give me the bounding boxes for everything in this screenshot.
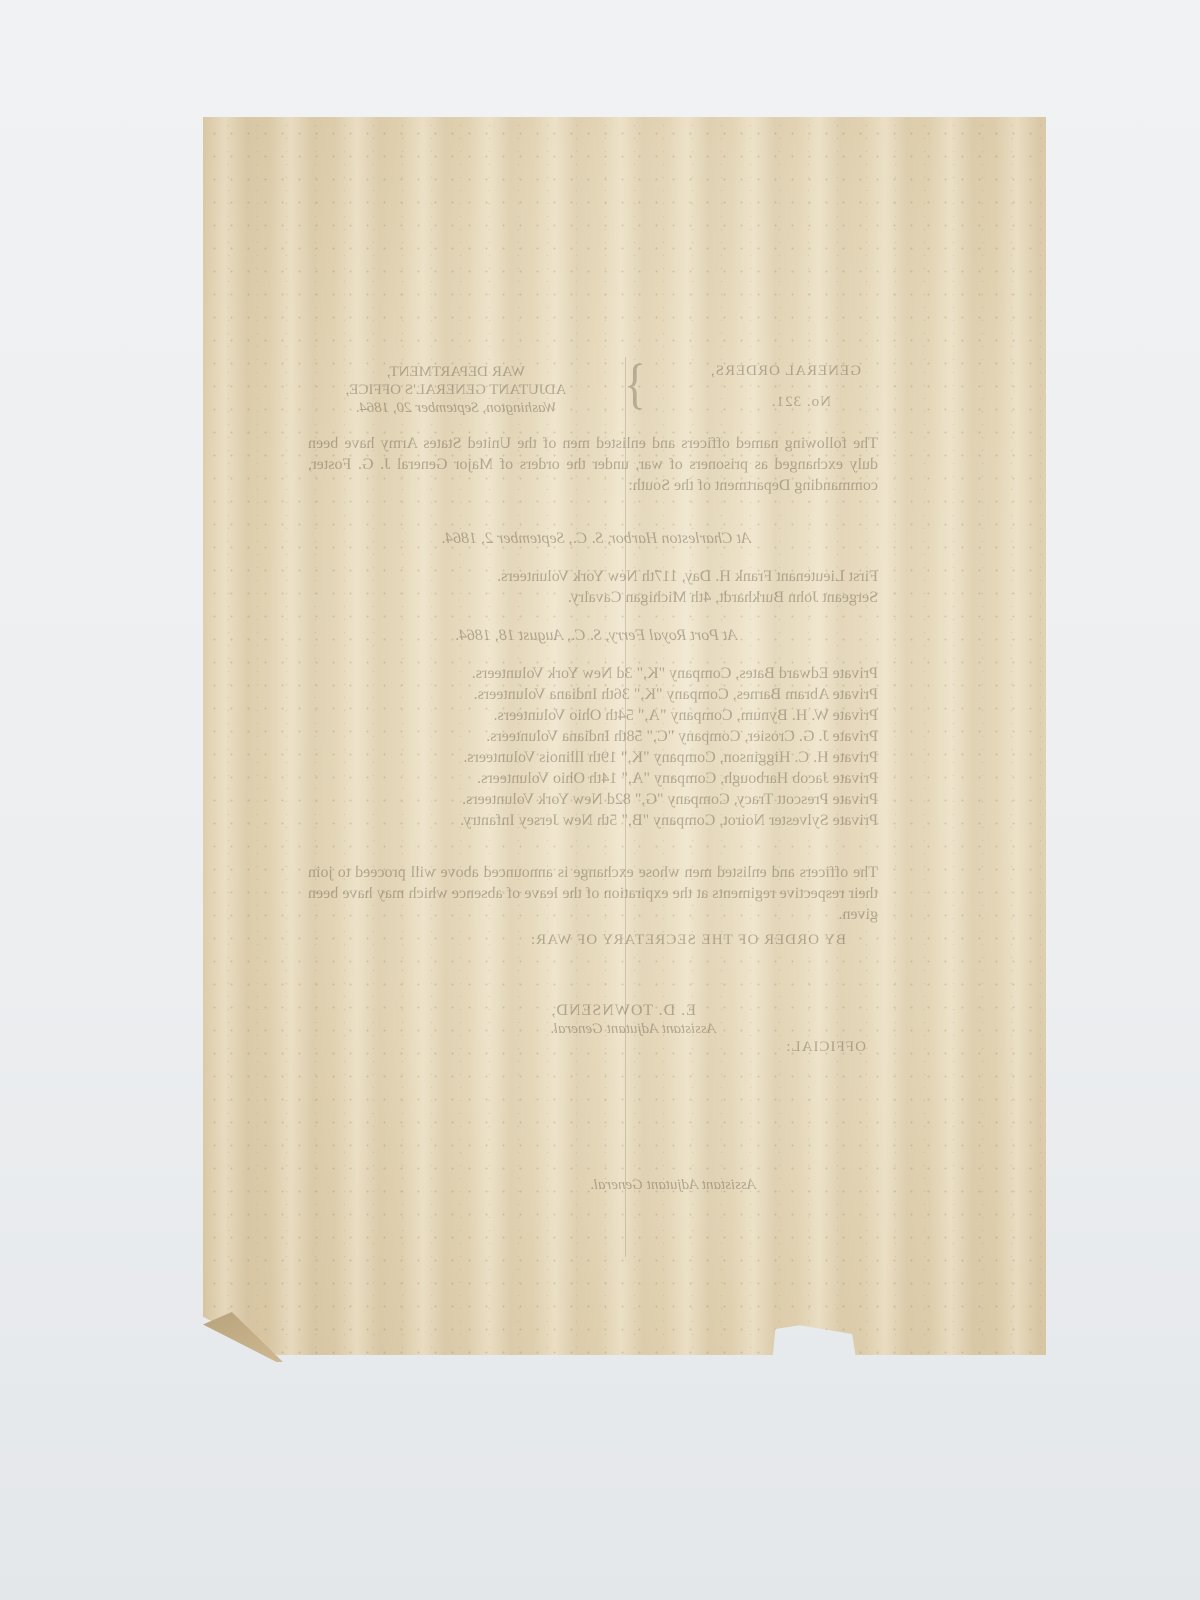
by-order-line: BY ORDER OF THE SECRETARY OF WAR:	[530, 932, 846, 949]
department-header: WAR DEPARTMENT, ADJUTANT GENERAL'S OFFIC…	[306, 363, 606, 417]
order-number: No. 321.	[641, 394, 861, 411]
list-item: Private Edward Bates, Company "K," 3d Ne…	[318, 663, 878, 684]
list-item: Private Abram Barnes, Company "K," 36th …	[318, 684, 878, 705]
bottom-signature-title: Assistant Adjutant General.	[590, 1177, 756, 1194]
section-heading: At Charleston Harbor, S. C., September 2…	[296, 530, 896, 548]
list-item: Private J. G. Crosier, Company "C," 58th…	[318, 726, 878, 747]
department-name: WAR DEPARTMENT,	[306, 363, 606, 381]
office-name: ADJUTANT GENERAL'S OFFICE,	[306, 381, 606, 399]
intro-paragraph: The following named officers and enliste…	[308, 433, 878, 496]
section-heading: At Port Royal Ferry, S. C., August 18, 1…	[296, 627, 896, 645]
brace-glyph: }	[624, 352, 646, 416]
signature-title: Assistant Adjutant General.	[550, 1021, 716, 1038]
general-orders-title: GENERAL ORDERS,	[641, 363, 861, 380]
list-item: Private H. C. Higginson, Company "K," 19…	[318, 747, 878, 768]
list-item: First Lieutenant Frank H. Day, 117th New…	[318, 566, 878, 587]
dateline: Washington, September 20, 1864.	[306, 399, 606, 417]
official-label: OFFICIAL:	[785, 1039, 866, 1056]
paper-sheet: GENERAL ORDERS, No. 321. } WAR DEPARTMEN…	[203, 117, 1046, 1355]
entry-list: First Lieutenant Frank H. Day, 117th New…	[318, 566, 878, 608]
list-item: Private Prescott Tracy, Company "G," 82d…	[318, 789, 878, 810]
list-item: Private Jacob Harbough, Company "A," 14t…	[318, 768, 878, 789]
list-item: Private W. H. Bynum, Company "A," 54th O…	[318, 705, 878, 726]
mirrored-bleed-through-text: GENERAL ORDERS, No. 321. } WAR DEPARTMEN…	[203, 117, 1046, 1355]
signature-name: E. D. TOWNSEND,	[550, 1002, 696, 1020]
entry-list: Private Edward Bates, Company "K," 3d Ne…	[318, 663, 878, 831]
general-orders-label: GENERAL ORDERS, No. 321.	[641, 363, 861, 425]
list-item: Private Sylvester Noirot, Company "B," 5…	[318, 810, 878, 831]
closing-paragraph: The officers and enlisted men whose exch…	[308, 862, 878, 925]
list-item: Sergeant John Burkhardt, 4th Michigan Ca…	[318, 587, 878, 608]
